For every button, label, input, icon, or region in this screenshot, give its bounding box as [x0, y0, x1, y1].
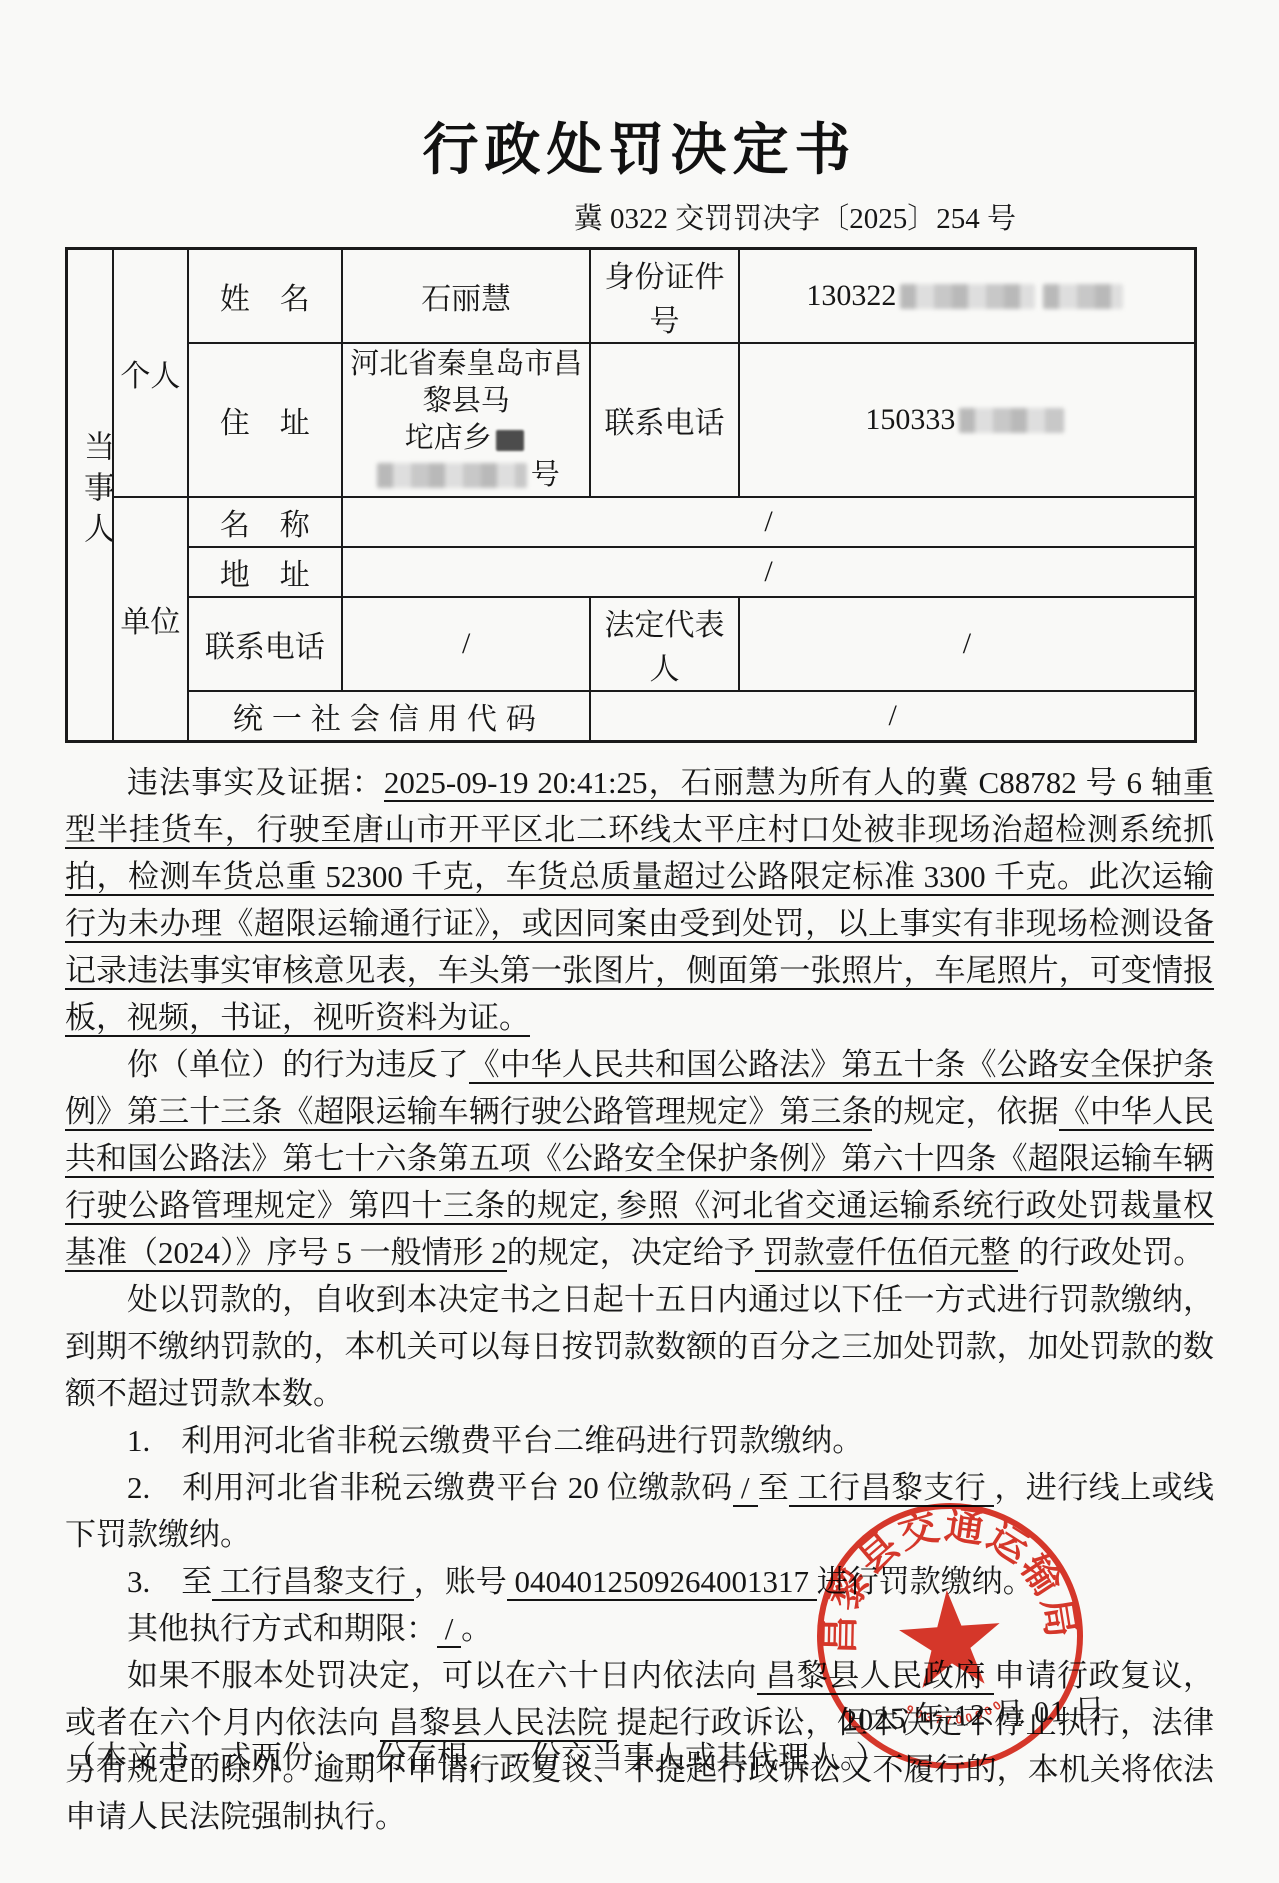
name-label: 姓 名	[188, 249, 343, 344]
id-value: 130322	[739, 249, 1196, 344]
legal-rep-label: 法定代表人	[590, 597, 738, 691]
unit-label: 单位	[113, 497, 187, 742]
other-run: 。	[461, 1611, 492, 1646]
seal-star-icon	[897, 1587, 1004, 1690]
footer-note: （本文书一式两份：一份存根，一份交当事人或其代理人。）	[65, 1732, 887, 1777]
seal-code-text: 9037700000	[903, 1695, 1008, 1730]
table-row: 联系电话 / 法定代表人 /	[67, 597, 1196, 691]
unit-phone-value: /	[342, 597, 590, 691]
item2-run: 2. 利用河北省非税云缴费平台 20 位缴款码	[127, 1470, 733, 1505]
law-run: 的规定，依据	[872, 1094, 1058, 1129]
address-value: 河北省秦皇岛市昌黎县马 坨店乡号	[342, 343, 590, 497]
id-label: 身份证件号	[590, 249, 738, 344]
penalty-decision-document: 行政处罚决定书 冀 0322 交罚罚决字〔2025〕254 号 当事人 个人 姓…	[0, 0, 1279, 1883]
table-row: 地 址 /	[67, 547, 1196, 597]
address-label: 住 址	[188, 343, 343, 497]
law-run: 的行政处罚。	[1018, 1235, 1204, 1270]
credit-code-label: 统一社会信用代码	[188, 691, 591, 742]
table-row: 统一社会信用代码 /	[67, 691, 1196, 742]
appeal-run: 如果不服本处罚决定，可以在六十日内依法向	[127, 1658, 757, 1693]
facts-label: 违法事实及证据：	[127, 765, 384, 800]
redacted-block	[959, 408, 1064, 433]
unit-name-value: /	[342, 497, 1195, 547]
doc-number: 冀 0322 交罚罚决字〔2025〕254 号	[65, 196, 1214, 237]
item3-account-number: 0404012509264001317	[507, 1564, 817, 1601]
address-line1: 河北省秦皇岛市昌黎县马	[349, 346, 583, 420]
unit-address-label: 地 址	[188, 547, 343, 597]
party-label: 当事人	[74, 430, 113, 553]
item3-run: 3. 至	[127, 1564, 212, 1599]
unit-name-label: 名 称	[188, 497, 343, 547]
item2-run: 至	[758, 1470, 789, 1505]
unit-address-value: /	[342, 547, 1195, 597]
address-line2-suffix: 号	[531, 459, 560, 491]
item3-run: ，账号	[414, 1564, 507, 1599]
table-row: 当事人 个人 姓 名 石丽慧 身份证件号 130322	[67, 249, 1196, 344]
facts-paragraph: 违法事实及证据：2025-09-19 20:41:25，石丽慧为所有人的冀 C8…	[65, 759, 1214, 1041]
law-run: 你（单位）的行为违反了	[127, 1047, 469, 1082]
law-paragraph: 你（单位）的行为违反了《中华人民共和国公路法》第五十条《公路安全保护条例》第三十…	[65, 1041, 1214, 1276]
payment-item-1: 1. 利用河北省非税云缴费平台二维码进行罚款缴纳。	[65, 1417, 1214, 1464]
penalty-amount: 罚款壹仟伍佰元整	[755, 1235, 1019, 1272]
official-seal: 昌黎县交通运输局 9037700000	[801, 1487, 1100, 1786]
phone-label: 联系电话	[590, 343, 738, 497]
phone-prefix: 150333	[865, 403, 955, 436]
item2-code-blank: /	[733, 1470, 758, 1507]
credit-code-value: /	[590, 691, 1195, 742]
phone-value: 150333	[739, 343, 1196, 497]
table-row: 住 址 河北省秦皇岛市昌黎县马 坨店乡号 联系电话 150333	[67, 343, 1196, 497]
party-label-cell: 当事人	[67, 249, 114, 742]
legal-rep-value: /	[739, 597, 1196, 691]
individual-label: 个人	[113, 249, 187, 498]
redacted-block	[1043, 284, 1123, 309]
party-info-table: 当事人 个人 姓 名 石丽慧 身份证件号 130322 住 址 河北省秦皇岛市昌…	[65, 247, 1197, 743]
redacted-block	[377, 463, 527, 488]
address-line2: 坨店乡号	[349, 420, 583, 494]
table-row: 单位 名 称 /	[67, 497, 1196, 547]
name-value: 石丽慧	[342, 249, 590, 344]
other-run: 其他执行方式和期限：	[127, 1611, 437, 1646]
redacted-block	[900, 284, 1035, 309]
item3-bank-name: 工行昌黎支行	[212, 1564, 414, 1601]
payment-intro-paragraph: 处以罚款的，自收到本决定书之日起十五日内通过以下任一方式进行罚款缴纳，到期不缴纳…	[65, 1276, 1214, 1417]
facts-text: 2025-09-19 20:41:25，石丽慧为所有人的冀 C88782 号 6…	[65, 765, 1214, 1037]
law-run: 的规定，决定给予	[507, 1235, 755, 1270]
other-blank: /	[437, 1611, 461, 1648]
page-title: 行政处罚决定书	[65, 106, 1214, 186]
unit-phone-label: 联系电话	[188, 597, 343, 691]
id-prefix: 130322	[806, 279, 896, 312]
address-line2-prefix: 坨店乡	[405, 422, 492, 454]
redacted-block	[496, 430, 524, 451]
